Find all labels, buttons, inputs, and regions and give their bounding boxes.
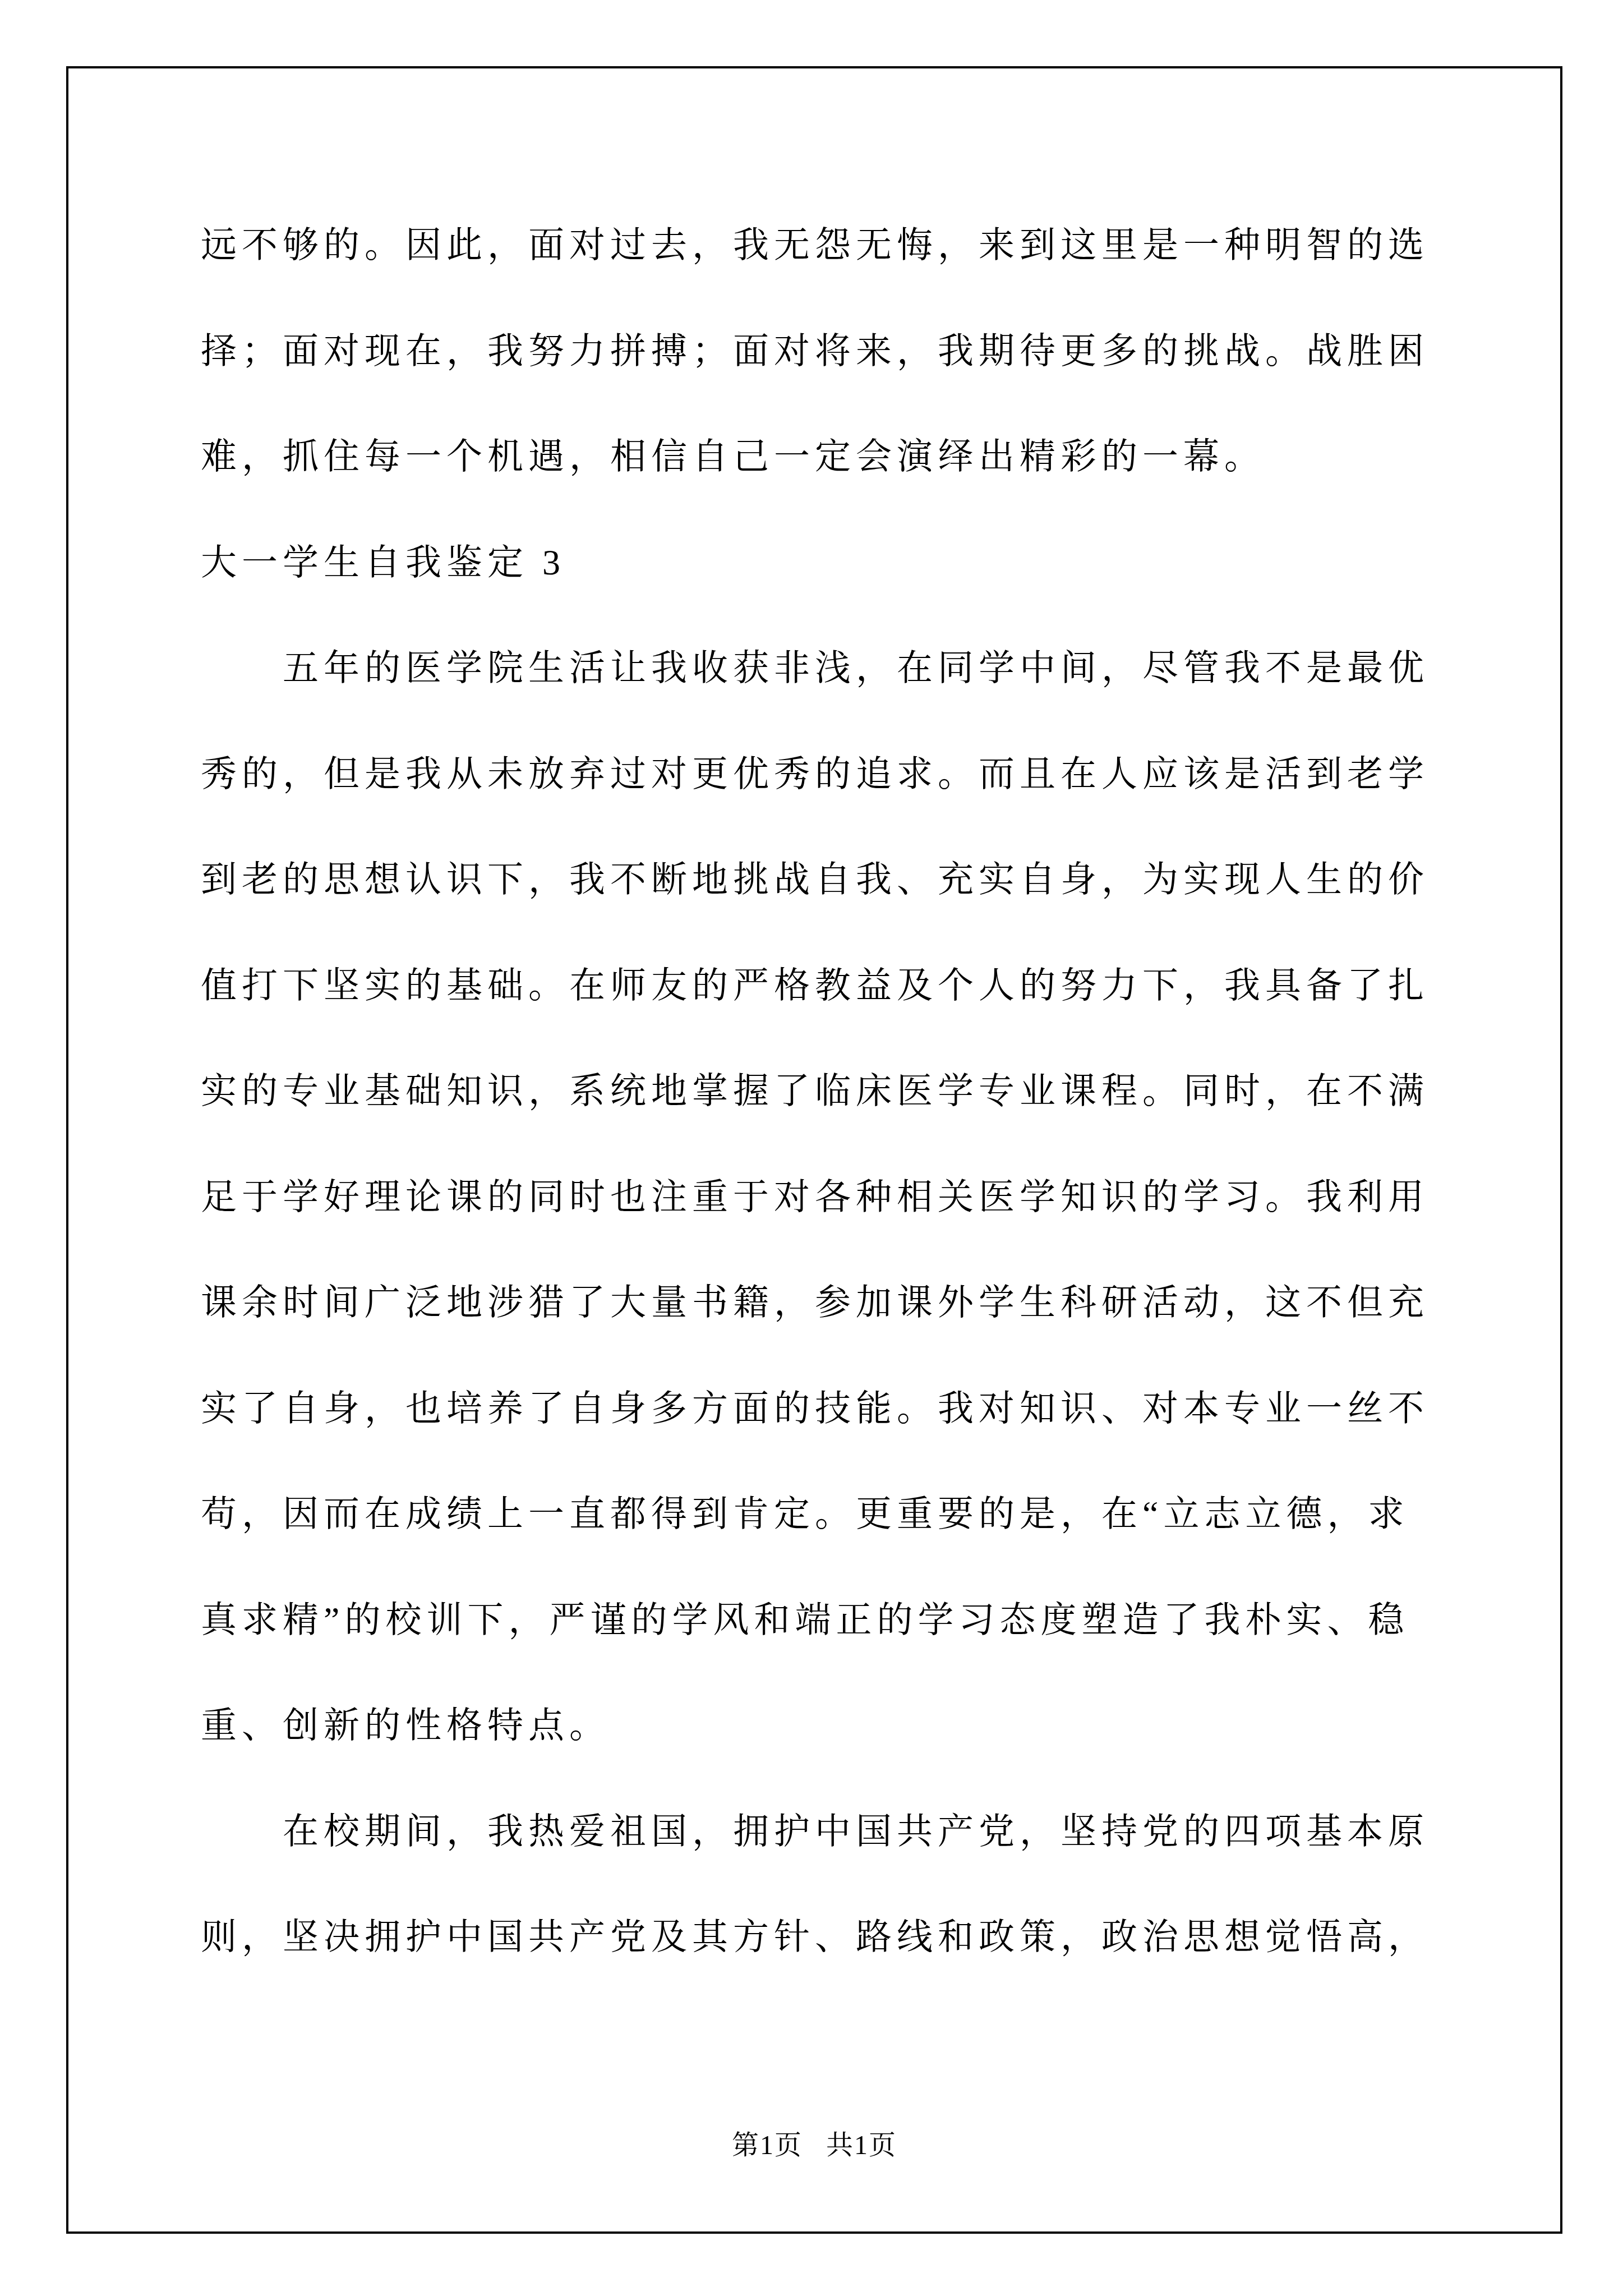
text-line: 到老的思想认识下，我不断地挑战自我、充实自身，为实现人生的价 [201,827,1435,933]
text-line: 择；面对现在，我努力拼搏；面对将来，我期待更多的挑战。战胜困 [201,298,1435,404]
footer-total-pages: 共1页 [826,2131,897,2160]
page-footer: 第1页共1页 [66,2126,1562,2165]
text-line: 远不够的。因此，面对过去，我无怨无悔，来到这里是一种明智的选 [201,192,1435,298]
text-line: 秀的，但是我从未放弃过对更优秀的追求。而且在人应该是活到老学 [201,721,1435,827]
text-line: 课余时间广泛地涉猎了大量书籍，参加课外学生科研活动，这不但充 [201,1250,1435,1356]
text-line: 在校期间，我热爱祖国，拥护中国共产党，坚持党的四项基本原 [201,1779,1435,1885]
text-line: 足于学好理论课的同时也注重于对各种相关医学知识的学习。我利用 [201,1144,1435,1250]
text-line: 五年的医学院生活让我收获非浅，在同学中间，尽管我不是最优 [201,615,1435,721]
section-heading: 大一学生自我鉴定 3 [201,510,1435,616]
text-line: 实的专业基础知识，系统地掌握了临床医学专业课程。同时，在不满 [201,1038,1435,1144]
text-line: 则，坚决拥护中国共产党及其方针、路线和政策，政治思想觉悟高， [201,1884,1435,1990]
document-page: 远不够的。因此，面对过去，我无怨无悔，来到这里是一种明智的选择；面对现在，我努力… [0,0,1623,2296]
document-text: 远不够的。因此，面对过去，我无怨无悔，来到这里是一种明智的选择；面对现在，我努力… [201,192,1435,1990]
text-line: 真求精”的校训下，严谨的学风和端正的学习态度塑造了我朴实、稳 [201,1567,1435,1673]
text-line: 苟，因而在成绩上一直都得到肯定。更重要的是，在“立志立德，求 [201,1461,1435,1567]
text-line: 重、创新的性格特点。 [201,1673,1435,1779]
text-line: 值打下坚实的基础。在师友的严格教益及个人的努力下，我具备了扎 [201,933,1435,1039]
footer-page-number: 第1页 [732,2131,803,2160]
text-line: 实了自身，也培养了自身多方面的技能。我对知识、对本专业一丝不 [201,1356,1435,1462]
text-line: 难，抓住每一个机遇，相信自己一定会演绎出精彩的一幕。 [201,404,1435,510]
